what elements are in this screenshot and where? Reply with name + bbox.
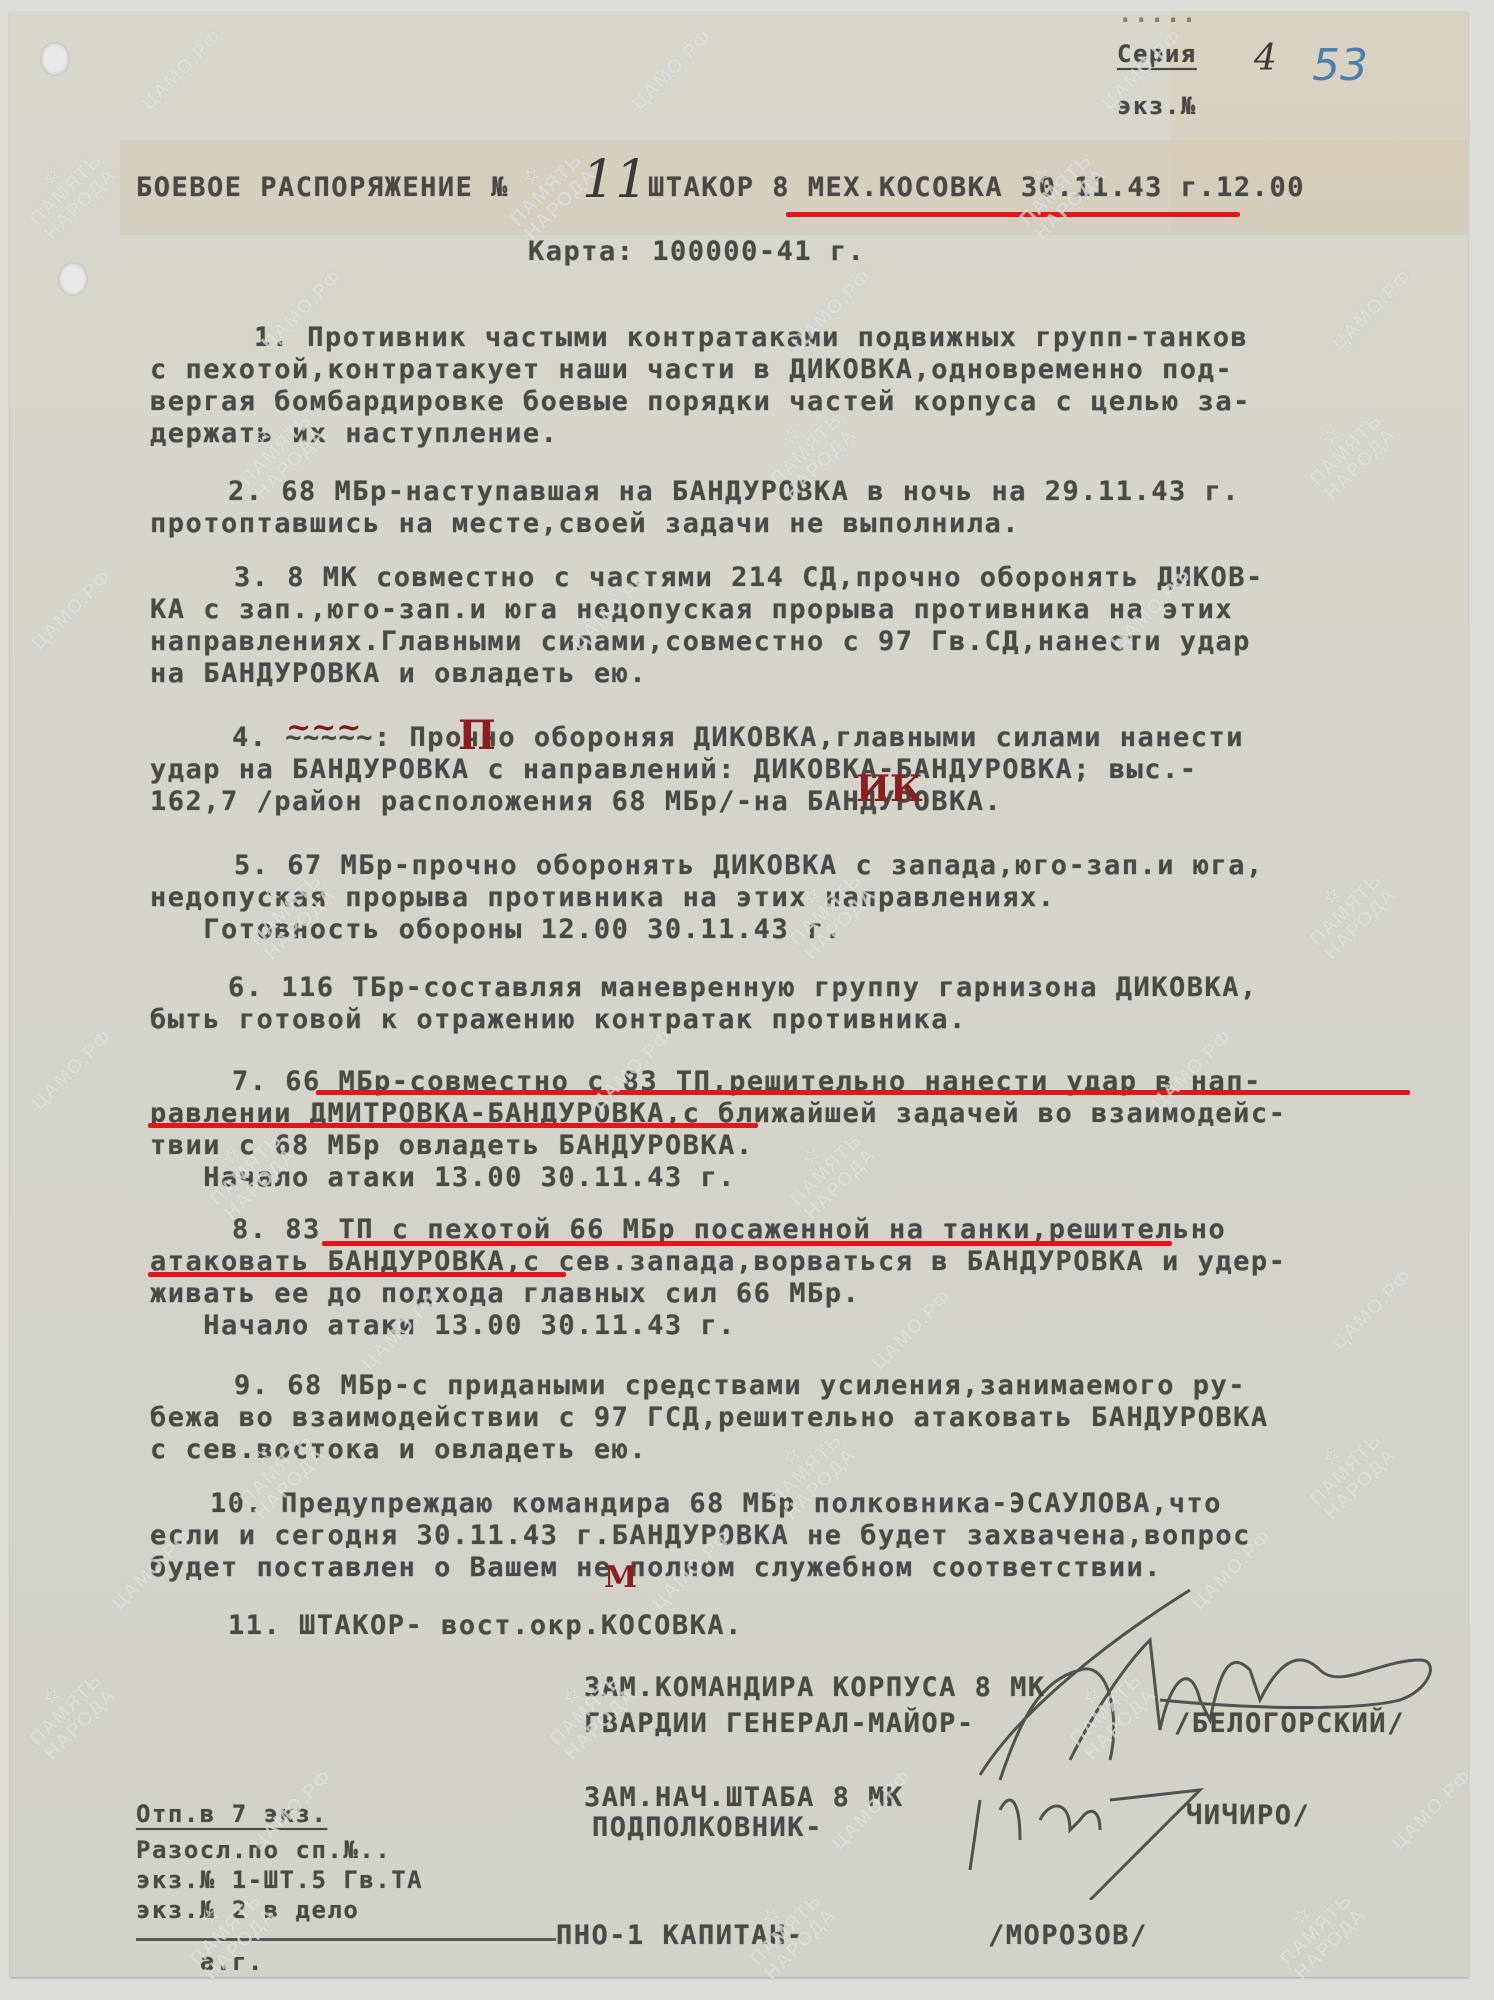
paragraph-line: 11. ШТАКОР- вост.окр.КОСОВКА.: [228, 1610, 743, 1641]
signature-title-2a: ЗАМ.НАЧ.ШТАБА 8 МК: [584, 1782, 904, 1813]
paragraph-line: держать их наступление.: [150, 418, 558, 449]
paragraph-line: удар на БАНДУРОВКА с направлений: ДИКОВК…: [150, 754, 1198, 785]
strikeout-scribble: ~~~: [286, 710, 361, 745]
punch-hole: [58, 262, 88, 296]
secret-mark-handwritten: 4: [1254, 38, 1277, 79]
paragraph-line: 2. 68 МБр-наступавшая на БАНДУРОВКА в но…: [228, 476, 1240, 507]
paragraph-line: с пехотой,контратакует наши части в ДИКО…: [150, 354, 1233, 385]
paragraph-line: 6. 116 ТБр-составляя маневренную группу …: [228, 972, 1258, 1003]
archive-number: 53: [1312, 40, 1368, 91]
highlight-underline: [316, 1090, 1410, 1095]
top-cut-text: .....: [1118, 0, 1198, 28]
paragraph-line: 9. 68 МБр-с придаными средствами усилени…: [234, 1370, 1246, 1401]
paragraph-line: 10. Предупреждаю командира 68 МБр полков…: [210, 1488, 1222, 1519]
title-place-date: ШТАКОР 8 МЕХ.КОСОВКА 30.11.43 г.12.00: [648, 172, 1305, 203]
red-correction: П: [458, 712, 496, 759]
signature-name-3: /МОРОЗОВ/: [988, 1920, 1148, 1951]
paragraph-line: протоптавшись на месте,своей задачи не в…: [150, 508, 1020, 539]
punch-hole: [40, 42, 70, 76]
red-correction: М: [604, 1560, 637, 1595]
highlight-underline: [322, 1241, 1172, 1246]
paragraph-line: Начало атаки 13.00 30.11.43 г.: [150, 1310, 736, 1341]
paragraph-line: на БАНДУРОВКА и овладеть ею.: [150, 658, 647, 689]
paragraph-line: направлениях.Главными силами,совместно с…: [150, 626, 1251, 657]
signature-title-1b: ГВАРДИИ ГЕНЕРАЛ-МАЙОР-: [584, 1708, 975, 1739]
paragraph-line: с сев.востока и овладеть ею.: [150, 1434, 647, 1465]
paragraph-line: 4. ~~~~~: Прочно обороняя ДИКОВКА,главны…: [232, 722, 1244, 753]
paragraph-line: живать ее до подхода главных сил 66 МБр.: [150, 1278, 860, 1309]
paragraph-line: 1. Противник частыми контратаками подвиж…: [254, 322, 1248, 353]
highlight-underline: [148, 1272, 566, 1277]
paragraph-line: КА с зап.,юго-зап.и юга недопуская проры…: [150, 594, 1233, 625]
paragraph-line: 3. 8 МК совместно с частями 214 СД,прочн…: [234, 562, 1264, 593]
signature-title-2b: ПОДПОЛКОВНИК-: [592, 1812, 823, 1843]
paragraph-line: быть готовой к отражению контратак проти…: [150, 1004, 967, 1035]
signature-scribble: [960, 1580, 1460, 1900]
paragraph-line: вергая бомбардировке боевые порядки част…: [150, 386, 1251, 417]
red-correction: ИК: [856, 768, 923, 810]
document-title: БОЕВОЕ РАСПОРЯЖЕНИЕ №: [136, 172, 509, 203]
highlight-underline: [148, 1123, 758, 1128]
map-reference: Карта: 100000-41 г.: [528, 236, 865, 267]
paragraph-line: 5. 67 МБр-прочно оборонять ДИКОВКА с зап…: [234, 850, 1264, 881]
paragraph-line: будет поставлен о Вашем не полном служеб…: [150, 1552, 1162, 1583]
paragraph-line: бежа во взаимодействии с 97 ГСД,решитель…: [150, 1402, 1269, 1433]
distribution-line: экз.№ 1-ШТ.5 Гв.ТА: [136, 1866, 423, 1894]
